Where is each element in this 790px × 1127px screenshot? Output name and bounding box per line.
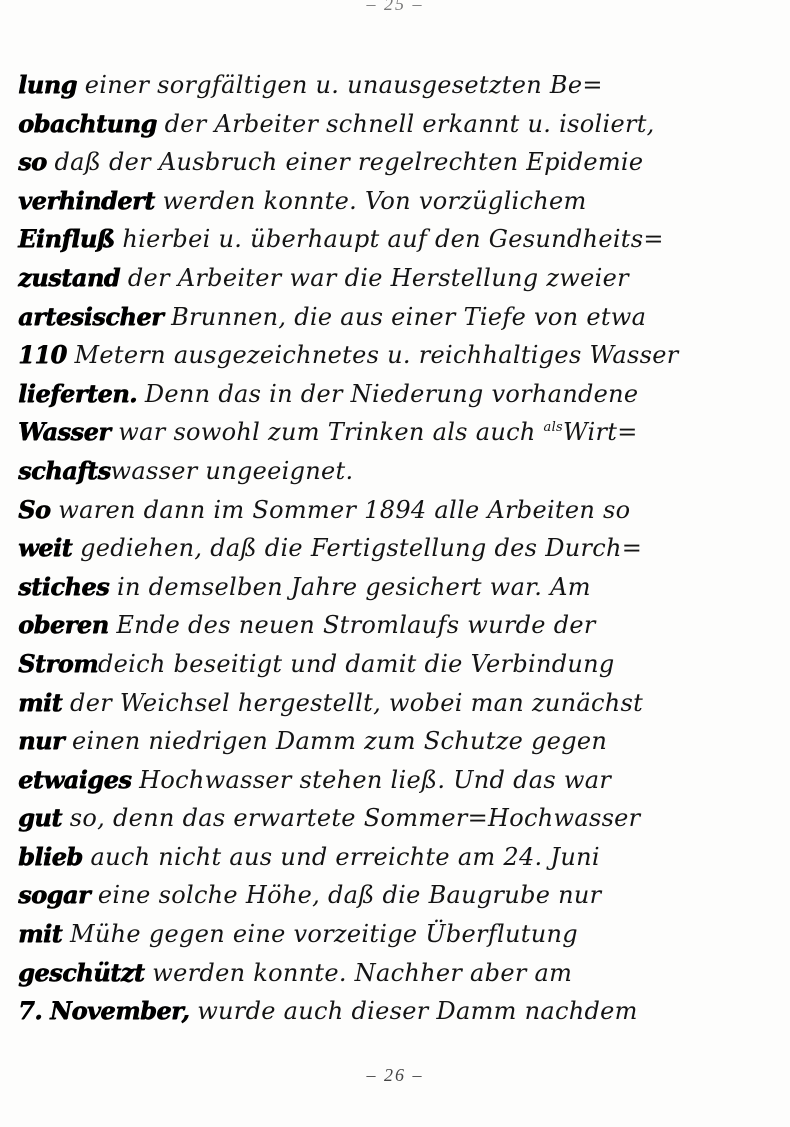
- line-text: daß der Ausbruch einer regelrechten Epid…: [47, 148, 644, 176]
- line-text: der Arbeiter war die Herstellung zweier: [120, 264, 629, 292]
- line-lead: oberen: [18, 610, 108, 639]
- line-text: eine solche Höhe, daß die Baugrube nur: [90, 881, 601, 909]
- text-line: schaftswasser ungeeignet.: [18, 452, 718, 491]
- text-line: lung einer sorgfältigen u. unausgesetzte…: [18, 66, 718, 105]
- line-text: der Weichsel hergestellt, wobei man zunä…: [62, 689, 643, 717]
- line-lead: sogar: [18, 880, 90, 909]
- line-text: war sowohl zum Trinken als auch: [110, 418, 543, 446]
- line-text: einen niedrigen Damm zum Schutze gegen: [64, 727, 607, 755]
- text-line: verhindert werden konnte. Von vorzüglich…: [18, 182, 718, 221]
- text-line: mit Mühe gegen eine vorzeitige Überflutu…: [18, 915, 718, 954]
- line-text: waren dann im Sommer 1894 alle Arbeiten …: [50, 496, 630, 524]
- line-lead: schafts: [18, 456, 111, 485]
- line-lead: lung: [18, 70, 77, 99]
- text-line: mit der Weichsel hergestellt, wobei man …: [18, 684, 718, 723]
- text-line: 110 Metern ausgezeichnetes u. reichhalti…: [18, 336, 718, 375]
- line-text: Brunnen, die aus einer Tiefe von etwa: [163, 303, 646, 331]
- line-lead: gut: [18, 803, 62, 832]
- line-lead: Strom: [18, 649, 98, 678]
- manuscript-page: – 25 – lung einer sorgfältigen u. unausg…: [0, 0, 790, 1127]
- line-text: Ende des neuen Stromlaufs wurde der: [108, 611, 595, 639]
- text-line: blieb auch nicht aus und erreichte am 24…: [18, 838, 718, 877]
- top-page-number: – 25 –: [0, 0, 790, 15]
- line-lead: 110: [18, 340, 67, 369]
- text-line: Einfluß hierbei u. überhaupt auf den Ges…: [18, 220, 718, 259]
- line-text-continued: Wirt=: [563, 418, 638, 446]
- text-line: geschützt werden konnte. Nachher aber am: [18, 954, 718, 993]
- text-line: so daß der Ausbruch einer regelrechten E…: [18, 143, 718, 182]
- line-lead: lieferten.: [18, 379, 137, 408]
- text-line: nur einen niedrigen Damm zum Schutze geg…: [18, 722, 718, 761]
- line-lead: verhindert: [18, 186, 155, 215]
- line-lead: so: [18, 147, 47, 176]
- line-text: einer sorgfältigen u. unausgesetzten Be=: [77, 71, 603, 99]
- bottom-page-number: – 26 –: [0, 1065, 790, 1086]
- line-text: so, denn das erwartete Sommer=Hochwasser: [62, 804, 641, 832]
- line-lead: nur: [18, 726, 64, 755]
- text-line: obachtung der Arbeiter schnell erkannt u…: [18, 105, 718, 144]
- line-lead: So: [18, 495, 50, 524]
- text-line: stiches in demselben Jahre gesichert war…: [18, 568, 718, 607]
- text-line: Wasser war sowohl zum Trinken als auch a…: [18, 413, 718, 452]
- text-line: artesischer Brunnen, die aus einer Tiefe…: [18, 298, 718, 337]
- line-text: Metern ausgezeichnetes u. reichhaltiges …: [67, 341, 679, 369]
- line-lead: Wasser: [18, 417, 110, 446]
- text-line: 7. November, wurde auch dieser Damm nach…: [18, 992, 718, 1031]
- text-line: Stromdeich beseitigt und damit die Verbi…: [18, 645, 718, 684]
- line-lead: weit: [18, 533, 72, 562]
- line-text: in demselben Jahre gesichert war. Am: [109, 573, 591, 601]
- line-text: Denn das in der Niederung vorhandene: [137, 380, 639, 408]
- text-line: gut so, denn das erwartete Sommer=Hochwa…: [18, 799, 718, 838]
- text-line: zustand der Arbeiter war die Herstellung…: [18, 259, 718, 298]
- line-text: wasser ungeeignet.: [111, 457, 354, 485]
- line-lead: obachtung: [18, 109, 157, 138]
- line-text: deich beseitigt und damit die Verbindung: [98, 650, 615, 678]
- line-lead: Einfluß: [18, 224, 114, 253]
- line-lead: zustand: [18, 263, 120, 292]
- text-line: So waren dann im Sommer 1894 alle Arbeit…: [18, 491, 718, 530]
- line-text: hierbei u. überhaupt auf den Gesundheits…: [114, 225, 663, 253]
- line-lead: 7. November,: [18, 996, 189, 1025]
- line-text: werden konnte. Von vorzüglichem: [155, 187, 587, 215]
- text-line: lieferten. Denn das in der Niederung vor…: [18, 375, 718, 414]
- line-text: Mühe gegen eine vorzeitige Überflutung: [62, 920, 578, 948]
- line-text: auch nicht aus und erreichte am 24. Juni: [83, 843, 600, 871]
- line-text: Hochwasser stehen ließ. Und das war: [131, 766, 611, 794]
- text-line: oberen Ende des neuen Stromlaufs wurde d…: [18, 606, 718, 645]
- line-lead: blieb: [18, 842, 83, 871]
- line-lead: etwaiges: [18, 765, 131, 794]
- text-line: sogar eine solche Höhe, daß die Baugrube…: [18, 876, 718, 915]
- line-text: werden konnte. Nachher aber am: [144, 959, 572, 987]
- line-text: der Arbeiter schnell erkannt u. isoliert…: [157, 110, 655, 138]
- line-lead: artesischer: [18, 302, 163, 331]
- text-line: etwaiges Hochwasser stehen ließ. Und das…: [18, 761, 718, 800]
- line-lead: geschützt: [18, 958, 144, 987]
- handwritten-body: lung einer sorgfältigen u. unausgesetzte…: [18, 66, 718, 1031]
- line-lead: mit: [18, 919, 62, 948]
- interlinear-insertion: als: [544, 420, 563, 435]
- line-lead: stiches: [18, 572, 109, 601]
- line-text: gediehen, daß die Fertigstellung des Dur…: [72, 534, 642, 562]
- text-line: weit gediehen, daß die Fertigstellung de…: [18, 529, 718, 568]
- line-lead: mit: [18, 688, 62, 717]
- line-text: wurde auch dieser Damm nachdem: [189, 997, 637, 1025]
